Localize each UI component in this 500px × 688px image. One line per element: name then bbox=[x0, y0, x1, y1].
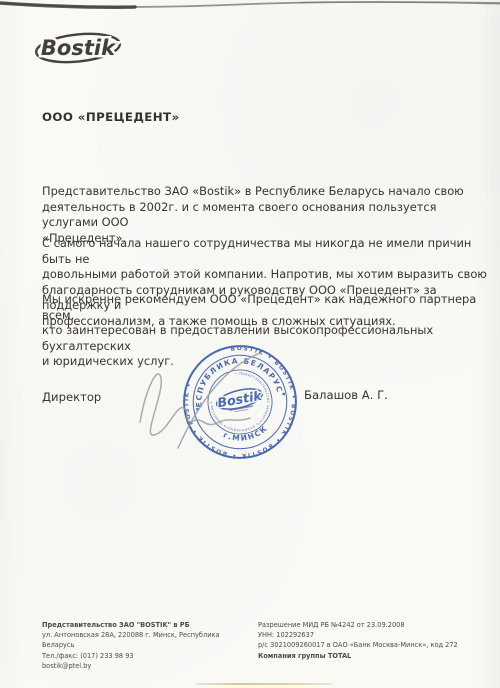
footer-phone: Тел./факс: (017) 233 98 93 bbox=[42, 651, 247, 661]
paragraph-line: деятельность в 2002г. и с момента своего… bbox=[42, 200, 494, 231]
paragraph-line: довольными работой этой компании. Напрот… bbox=[42, 267, 494, 283]
handwritten-signature bbox=[126, 348, 282, 456]
footer-unn: УНН: 102292637 bbox=[258, 630, 483, 640]
footer-company-name: Представительство ЗАО "BOSTIK" в РБ bbox=[42, 620, 247, 630]
scan-artifact-bottom bbox=[196, 683, 332, 685]
footer-account: р/с 3021009260017 в ОАО «Банк Москва-Мин… bbox=[258, 640, 483, 650]
footer-right-block: Разрешение МИД РБ №4242 от 23.09.2008 УН… bbox=[258, 620, 483, 661]
footer-group: Компания группы TOTAL bbox=[258, 651, 483, 661]
footer-email: bostik@ptel.by bbox=[42, 661, 247, 671]
scanned-letter: Bostik ООО «ПРЕЦЕДЕНТ» Представительство… bbox=[0, 0, 500, 688]
signatory-name: Балашов А. Г. bbox=[304, 388, 388, 402]
paragraph-line: С самого начала нашего сотрудничества мы… bbox=[42, 236, 494, 267]
footer-left-block: Представительство ЗАО "BOSTIK" в РБ ул. … bbox=[42, 620, 247, 671]
bostik-logo: Bostik bbox=[30, 22, 126, 72]
bostik-logo-text: Bostik bbox=[41, 36, 117, 60]
signatory-role: Директор bbox=[42, 390, 101, 404]
paragraph-line: Представительство ЗАО «Bostik» в Республ… bbox=[42, 184, 494, 200]
scan-artifact-top bbox=[0, 0, 500, 14]
paragraph-line: Мы искренне рекомендуем ООО «Прецедент» … bbox=[42, 292, 494, 323]
recipient-line: ООО «ПРЕЦЕДЕНТ» bbox=[42, 110, 180, 124]
footer-address: ул. Антоновская 28А, 220088 г. Минск, Ре… bbox=[42, 630, 247, 650]
footer-permit: Разрешение МИД РБ №4242 от 23.09.2008 bbox=[258, 620, 483, 630]
